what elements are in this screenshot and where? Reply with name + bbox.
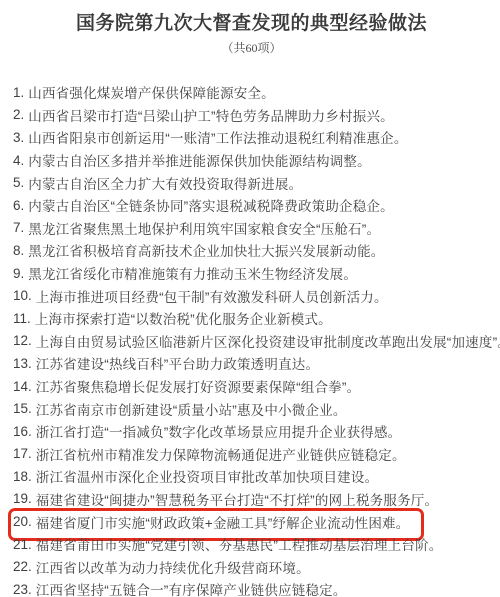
item-text: 福建省莆田市实施“党建引领、夯基惠民”工程推动基层治理上台阶。	[36, 534, 443, 554]
list-item-7: 7.黑龙江省聚焦黑土地保护利用筑牢国家粮食安全“压舱石”。	[13, 217, 490, 240]
page-subtitle: （共60项）	[13, 41, 490, 55]
list-item-9: 9.黑龙江省绥化市精准施策有力推动玉米生物经济发展。	[13, 262, 490, 285]
item-text: 内蒙古自治区多措并举推进能源保供加快能源结构调整。	[28, 150, 371, 170]
page-title: 国务院第九次大督查发现的典型经验做法	[13, 12, 490, 35]
item-number: 9.	[13, 266, 24, 281]
item-number: 20.	[13, 514, 32, 529]
item-text: 山西省吕梁市打造“吕梁山护工”特色劳务品牌助力乡村振兴。	[28, 105, 394, 125]
item-number: 14.	[13, 379, 32, 394]
list-item-11: 11.上海市探索打造“以数治税”优化服务企业新模式。	[13, 307, 490, 330]
item-number: 4.	[13, 153, 24, 168]
list-item-13: 13.江苏省建设“热线百科”平台助力政策透明直达。	[13, 352, 490, 375]
item-text: 内蒙古自治区全力扩大有效投资取得新进展。	[28, 173, 302, 193]
item-text: 江苏省建设“热线百科”平台助力政策透明直达。	[36, 353, 319, 373]
list-item-22: 22.江西省以改革为动力持续优化升级营商环境。	[13, 555, 490, 578]
list-item-23: 23.江西省坚持“五链合一”有序保障产业链供应链稳定。	[13, 578, 490, 597]
item-text: 江苏省南京市创新建设“质量小站”惠及中小微企业。	[36, 399, 347, 419]
list-item-17: 17.浙江省杭州市精准发力保障物流畅通促进产业链供应链稳定。	[13, 443, 490, 466]
item-number: 12.	[13, 333, 32, 348]
list-item-20: 20.福建省厦门市实施“财政政策+金融工具”纾解企业流动性困难。	[13, 510, 490, 533]
item-text: 上海自由贸易试验区临港新片区深化投资建设审批制度改革跑出发展“加速度”。	[36, 331, 500, 351]
item-text: 上海市推进项目经费“包干制”有效激发科研人员创新活力。	[36, 286, 388, 306]
list-item-2: 2.山西省吕梁市打造“吕梁山护工”特色劳务品牌助力乡村振兴。	[13, 104, 490, 127]
list-item-4: 4.内蒙古自治区多措并举推进能源保供加快能源结构调整。	[13, 149, 490, 172]
item-number: 21.	[13, 537, 32, 552]
list-item-3: 3.山西省阳泉市创新运用“一账清”工作法推动退税红利精准惠企。	[13, 126, 490, 149]
item-text: 山西省强化煤炭增产保供保障能源安全。	[28, 82, 275, 102]
list-item-14: 14.江苏省聚焦稳增长促发展打好资源要素保障“组合拳”。	[13, 375, 490, 398]
list-item-16: 16.浙江省打造“一指减负”数字化改革场景应用提升企业获得感。	[13, 420, 490, 443]
list-item-12: 12.上海自由贸易试验区临港新片区深化投资建设审批制度改革跑出发展“加速度”。	[13, 330, 490, 353]
list-item-21: 21.福建省莆田市实施“党建引领、夯基惠民”工程推动基层治理上台阶。	[13, 533, 490, 556]
item-number: 15.	[13, 401, 32, 416]
item-text: 黑龙江省绥化市精准施策有力推动玉米生物经济发展。	[28, 263, 357, 283]
item-number: 22.	[13, 559, 32, 574]
item-number: 1.	[13, 85, 24, 100]
item-number: 2.	[13, 107, 24, 122]
item-text: 山西省阳泉市创新运用“一账清”工作法推动退税红利精准惠企。	[28, 127, 407, 147]
list-item-19: 19.福建省建设“闽捷办”智慧税务平台打造“不打烊”的网上税务服务厅。	[13, 488, 490, 511]
list-item-8: 8.黑龙江省积极培育高新技术企业加快壮大振兴发展新动能。	[13, 239, 490, 262]
item-text: 福建省建设“闽捷办”智慧税务平台打造“不打烊”的网上税务服务厅。	[36, 489, 438, 509]
item-text: 浙江省杭州市精准发力保障物流畅通促进产业链供应链稳定。	[36, 444, 406, 464]
item-number: 13.	[13, 356, 32, 371]
item-number: 5.	[13, 175, 24, 190]
item-text: 江西省坚持“五链合一”有序保障产业链供应链稳定。	[36, 579, 347, 597]
list-item-1: 1.山西省强化煤炭增产保供保障能源安全。	[13, 81, 490, 104]
item-text: 内蒙古自治区“全链条协同”落实退税减税降费政策助企稳企。	[28, 195, 394, 215]
item-text: 黑龙江省积极培育高新技术企业加快壮大振兴发展新动能。	[28, 240, 384, 260]
item-number: 18.	[13, 469, 32, 484]
item-text: 江苏省聚焦稳增长促发展打好资源要素保障“组合拳”。	[36, 376, 361, 396]
item-number: 6.	[13, 198, 24, 213]
list-item-5: 5.内蒙古自治区全力扩大有效投资取得新进展。	[13, 171, 490, 194]
item-number: 23.	[13, 582, 32, 597]
list-item-18: 18.浙江省温州市深化企业投资项目审批改革加快项目建设。	[13, 465, 490, 488]
item-text: 上海市探索打造“以数治税”优化服务企业新模式。	[35, 308, 332, 328]
item-number: 10.	[13, 288, 32, 303]
list-item-6: 6.内蒙古自治区“全链条协同”落实退税减税降费政策助企稳企。	[13, 194, 490, 217]
item-text: 浙江省打造“一指减负”数字化改革场景应用提升企业获得感。	[36, 421, 402, 441]
document-page: 国务院第九次大督查发现的典型经验做法 （共60项） 1.山西省强化煤炭增产保供保…	[0, 0, 500, 597]
item-text: 黑龙江省聚焦黑土地保护利用筑牢国家粮食安全“压舱石”。	[28, 218, 380, 238]
item-number: 17.	[13, 446, 32, 461]
list-item-15: 15.江苏省南京市创新建设“质量小站”惠及中小微企业。	[13, 397, 490, 420]
item-text: 福建省厦门市实施“财政政策+金融工具”纾解企业流动性困难。	[36, 512, 410, 532]
item-number: 3.	[13, 130, 24, 145]
item-text: 浙江省温州市深化企业投资项目审批改革加快项目建设。	[36, 466, 379, 486]
item-number: 8.	[13, 243, 24, 258]
item-number: 7.	[13, 220, 24, 235]
experience-list: 1.山西省强化煤炭增产保供保障能源安全。2.山西省吕梁市打造“吕梁山护工”特色劳…	[13, 81, 490, 597]
item-number: 19.	[13, 491, 32, 506]
item-number: 16.	[13, 424, 32, 439]
item-number: 11.	[13, 311, 31, 326]
list-item-10: 10.上海市推进项目经费“包干制”有效激发科研人员创新活力。	[13, 284, 490, 307]
item-text: 江西省以改革为动力持续优化升级营商环境。	[36, 557, 310, 577]
